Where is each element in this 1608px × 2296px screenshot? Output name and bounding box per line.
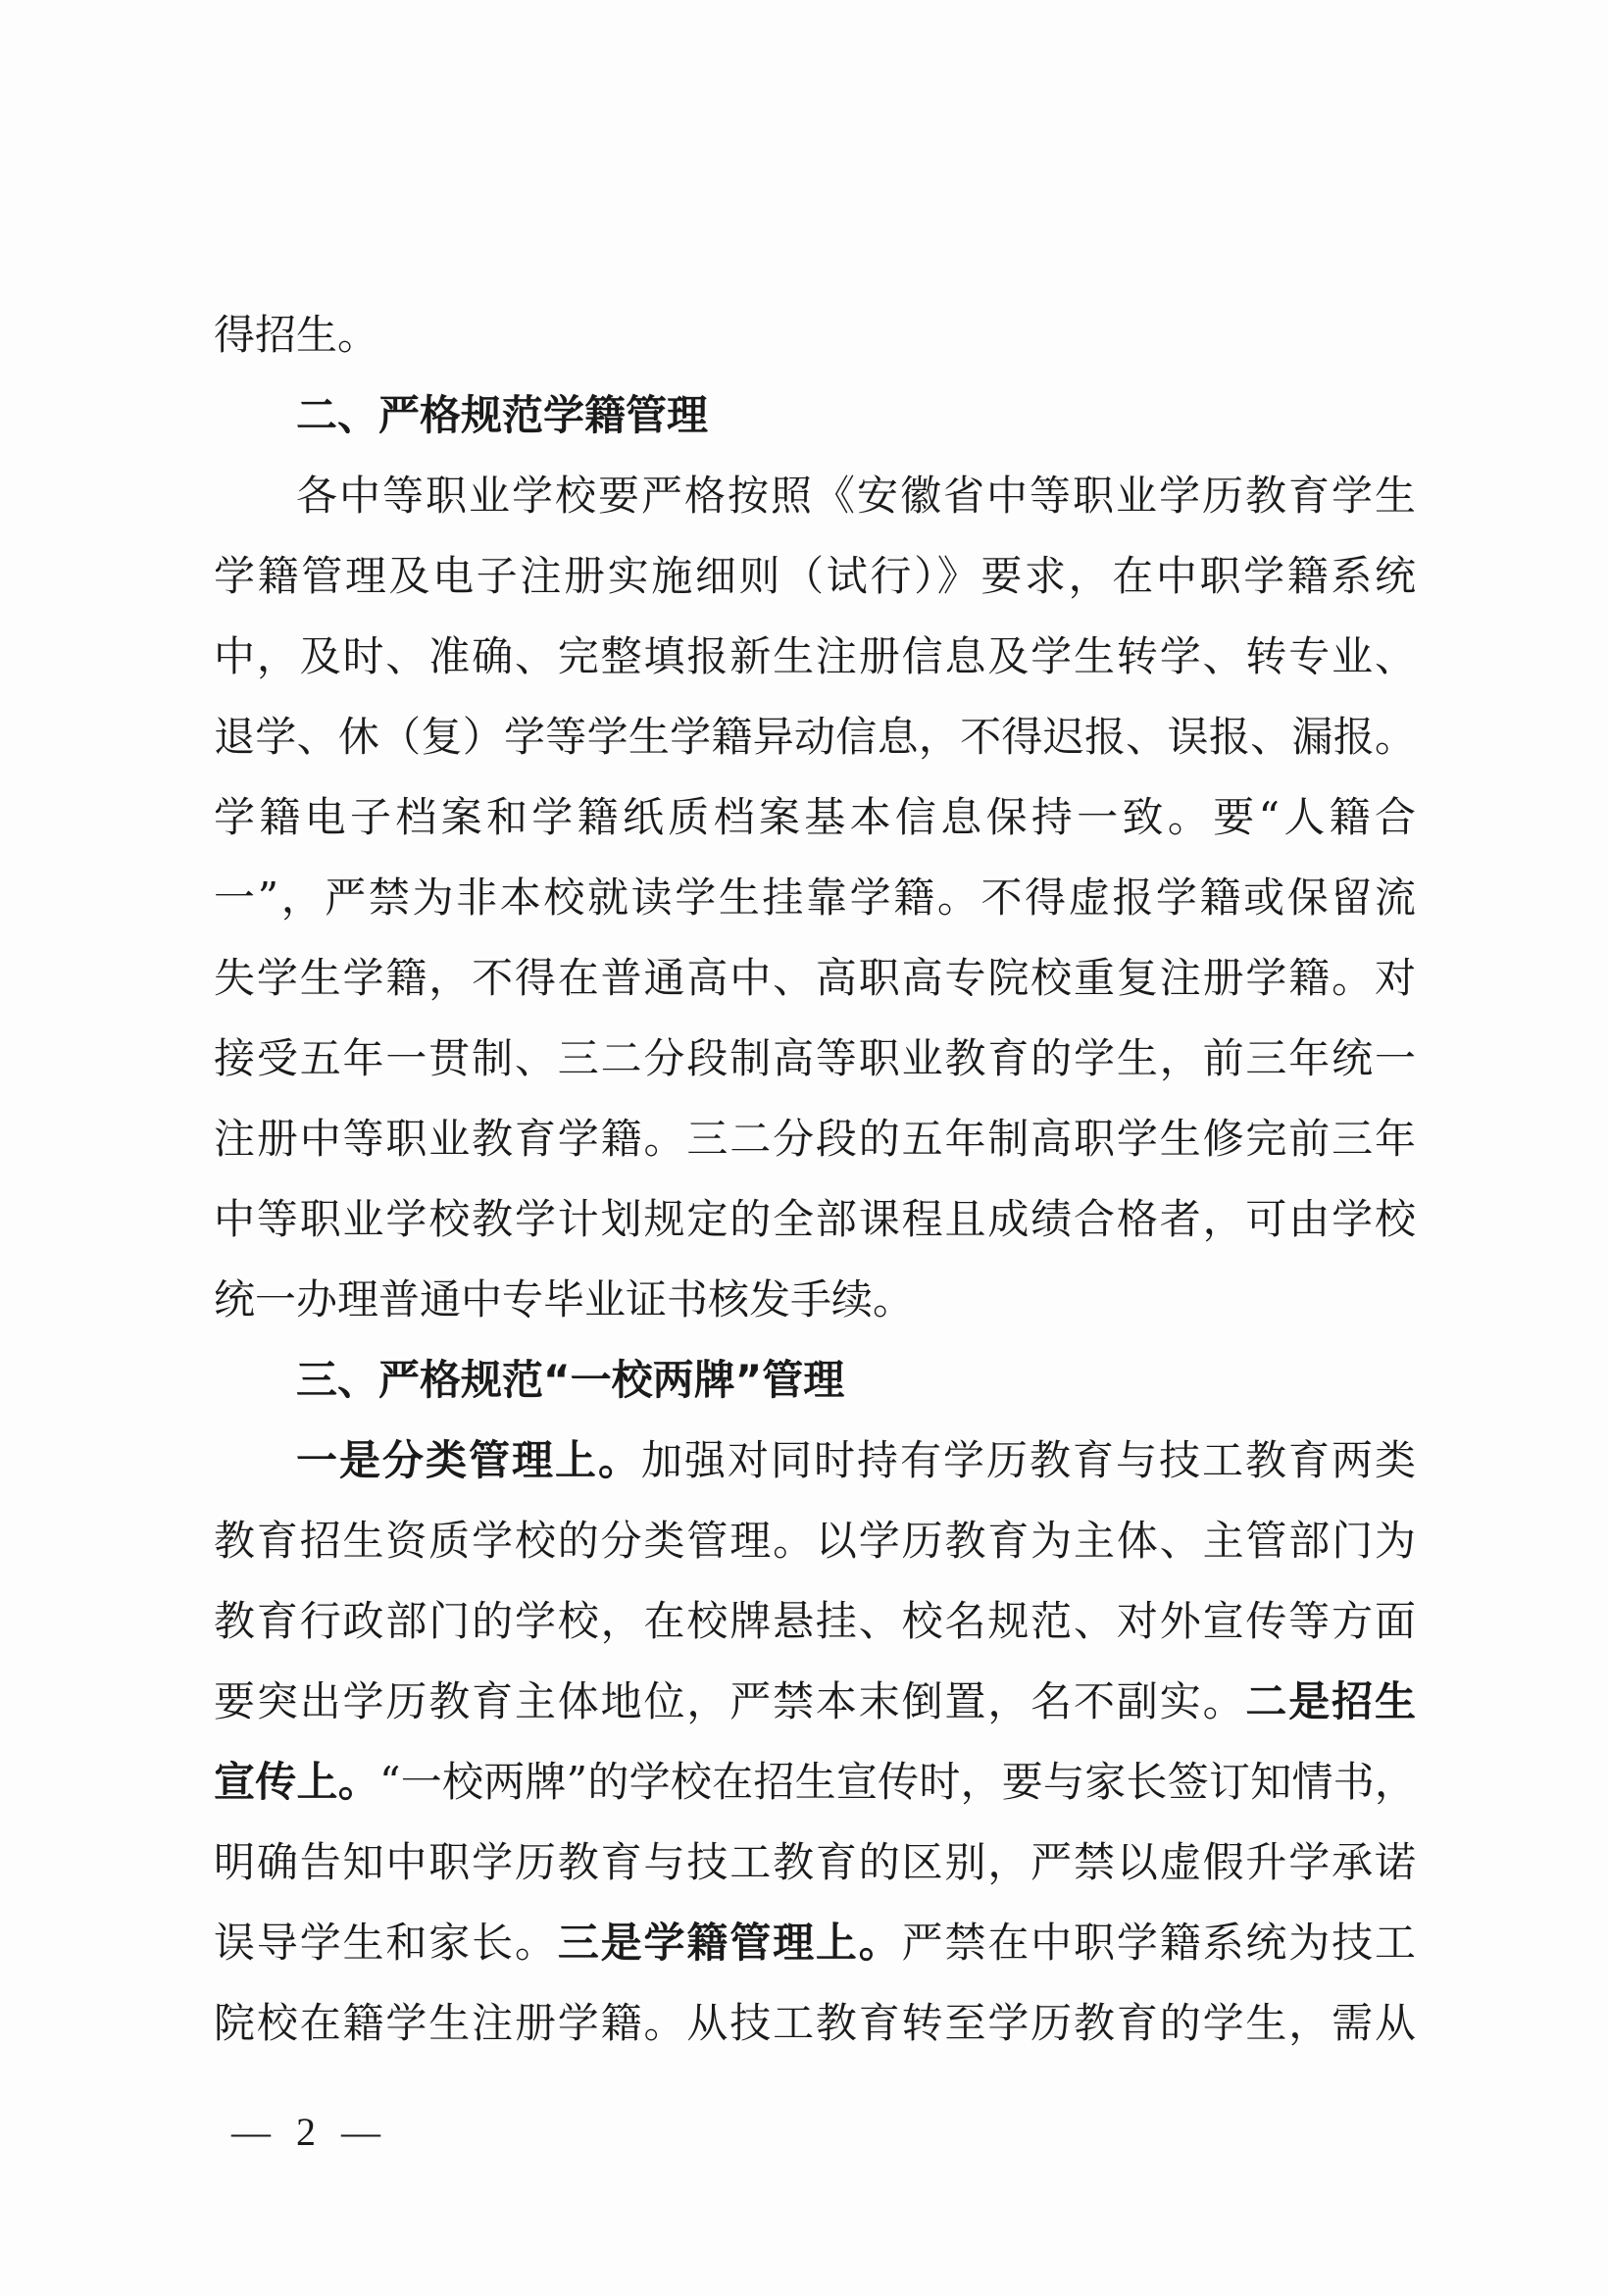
paragraph-line: 学籍管理及电子注册实施细则（试行）》要求，在中职学籍系统	[214, 547, 1416, 606]
bold-lead-1: 一是分类管理上。	[296, 1436, 641, 1484]
paragraph-line: 中等职业学校教学计划规定的全部课程且成绩合格者，可由学校	[214, 1190, 1416, 1249]
paragraph-line: 院校在籍学生注册学籍。从技工教育转至学历教育的学生，需从	[214, 1994, 1416, 2053]
document-page: 得招生。 二、严格规范学籍管理 各中等职业学校要严格按照《安徽省中等职业学历教育…	[0, 0, 1608, 2296]
paragraph-line: 退学、休（复）学等学生学籍异动信息，不得迟报、误报、漏报。	[214, 708, 1416, 767]
paragraph-line: 教育招生资质学校的分类管理。以学历教育为主体、主管部门为	[214, 1512, 1416, 1571]
paragraph-line: 宣传上。“一校两牌”的学校在招生宣传时，要与家长签订知情书，	[214, 1753, 1416, 1812]
paragraph-line: 明确告知中职学历教育与技工教育的区别，严禁以虚假升学承诺	[214, 1833, 1416, 1892]
text-segment: 加强对同时持有学历教育与技工教育两类	[641, 1436, 1416, 1484]
paragraph-line: 误导学生和家长。三是学籍管理上。严禁在中职学籍系统为技工	[214, 1914, 1416, 1972]
text-segment: 误导学生和家长。	[214, 1919, 558, 1967]
text-segment: 要突出学历教育主体地位，严禁本末倒置，名不副实。	[214, 1677, 1245, 1725]
section-heading-3: 三、严格规范“一校两牌”管理	[296, 1351, 1416, 1410]
paragraph-line: 统一办理普通中专毕业证书核发手续。	[214, 1271, 1416, 1329]
paragraph-line: 中，及时、准确、完整填报新生注册信息及学生转学、转专业、	[214, 627, 1416, 686]
text-segment: 严禁在中职学籍系统为技工	[902, 1919, 1416, 1967]
paragraph-line: 失学生学籍，不得在普通高中、高职高专院校重复注册学籍。对	[214, 949, 1416, 1008]
paragraph-line: 注册中等职业教育学籍。三二分段的五年制高职学生修完前三年	[214, 1110, 1416, 1169]
section-heading-2: 二、严格规范学籍管理	[296, 386, 1416, 445]
bold-lead-2-cont: 宣传上。	[214, 1758, 379, 1806]
paragraph-line: 学籍电子档案和学籍纸质档案基本信息保持一致。要“人籍合	[214, 788, 1416, 847]
paragraph-line: 要突出学历教育主体地位，严禁本末倒置，名不副实。二是招生	[214, 1672, 1416, 1731]
paragraph-line: 教育行政部门的学校，在校牌悬挂、校名规范、对外宣传等方面	[214, 1592, 1416, 1651]
bold-lead-2: 二是招生	[1245, 1677, 1416, 1725]
page-number: — 2 —	[231, 2108, 388, 2157]
paragraph-line: 各中等职业学校要严格按照《安徽省中等职业学历教育学生	[296, 467, 1416, 525]
paragraph-line: 一”，严禁为非本校就读学生挂靠学籍。不得虚报学籍或保留流	[214, 869, 1416, 927]
bold-lead-3: 三是学籍管理上。	[558, 1919, 902, 1967]
paragraph-line: 一是分类管理上。加强对同时持有学历教育与技工教育两类	[296, 1431, 1416, 1490]
paragraph-line: 得招生。	[214, 306, 1416, 365]
paragraph-line: 接受五年一贯制、三二分段制高等职业教育的学生，前三年统一	[214, 1029, 1416, 1088]
text-segment: “一校两牌”的学校在招生宣传时，要与家长签订知情书，	[379, 1758, 1416, 1806]
